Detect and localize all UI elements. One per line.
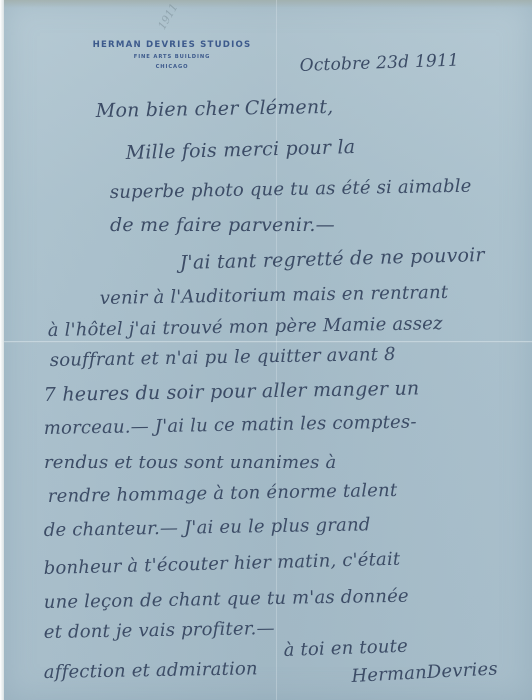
letter-line-10: rendus et tous sont unanimes à	[44, 452, 336, 473]
letter-line-13: bonheur à t'écouter hier matin, c'était	[43, 549, 400, 579]
letter-line-8: 7 heures du soir pour aller manger un	[44, 377, 420, 406]
letter-line-1: Mille fois merci pour la	[125, 136, 355, 164]
letter-line-12: de chanteur.— J'ai eu le plus grand	[44, 514, 371, 541]
letter-line-3: de me faire parvenir.—	[110, 214, 335, 236]
letter-line-7: souffrant et n'ai pu le quitter avant 8	[50, 344, 396, 371]
horizontal-fold-crease	[4, 341, 532, 343]
pencil-annotation: 1911	[155, 1, 180, 32]
letterhead-building: FINE ARTS BUILDING	[62, 54, 282, 60]
letterhead-city: CHICAGO	[62, 64, 282, 70]
letter-line-2: superbe photo que tu as été si aimable	[110, 176, 472, 203]
closing-line-2: affection et admiration	[44, 658, 258, 683]
letter-line-15: et dont je vais profiter.—	[44, 618, 275, 643]
letter-line-11: rendre hommage à ton énorme talent	[48, 480, 398, 507]
letter-line-5: venir à l'Auditorium mais en rentrant	[100, 282, 449, 309]
closing-line-1: à toi en toute	[283, 636, 408, 661]
letterhead-name: HERMAN DEVRIES STUDIOS	[62, 40, 282, 50]
salutation: Mon bien cher Clément,	[96, 96, 334, 122]
letter-page: 1911 HERMAN DEVRIES STUDIOS FINE ARTS BU…	[4, 0, 532, 700]
letter-line-9: morceau.— J'ai lu ce matin les comptes-	[44, 411, 417, 439]
letter-line-4: J'ai tant regretté de ne pouvoir	[179, 244, 485, 274]
letter-date: Octobre 23d 1911	[299, 50, 459, 76]
letter-line-14: une leçon de chant que tu m'as donnée	[44, 586, 409, 613]
letter-line-6: à l'hôtel j'ai trouvé mon père Mamie ass…	[48, 313, 443, 341]
signature: HermanDevries	[351, 658, 498, 687]
